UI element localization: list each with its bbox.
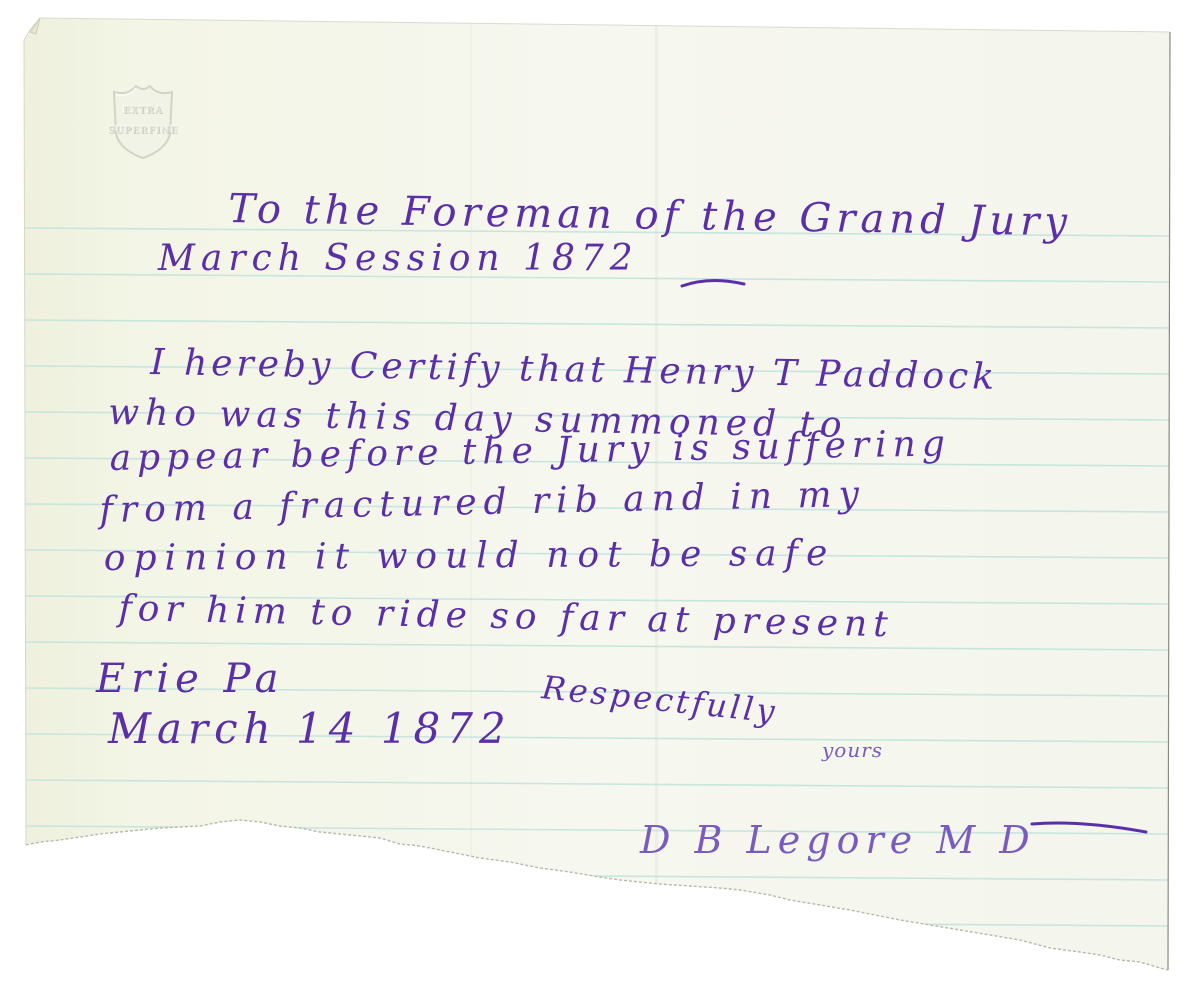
salutation-line-2: March Session 1872 [158, 238, 639, 279]
date-flourish [680, 272, 750, 292]
place-text: Erie Pa [96, 656, 284, 702]
closing-yours: yours [822, 738, 883, 762]
stamp-text-line1: EXTRA [108, 106, 178, 116]
signature: D B Legore M D [640, 818, 1036, 862]
embossed-stamp: EXTRA SUPERFINE [108, 82, 178, 160]
signature-flourish [1030, 818, 1150, 838]
date-text: March 14 1872 [108, 704, 512, 753]
body-line-5: opinion it would not be safe [104, 533, 836, 579]
shield-icon [108, 82, 178, 160]
stamp-text-line2: SUPERFINE [108, 126, 178, 136]
letter-document: EXTRA SUPERFINE To the Foreman of the Gr… [0, 0, 1200, 1008]
